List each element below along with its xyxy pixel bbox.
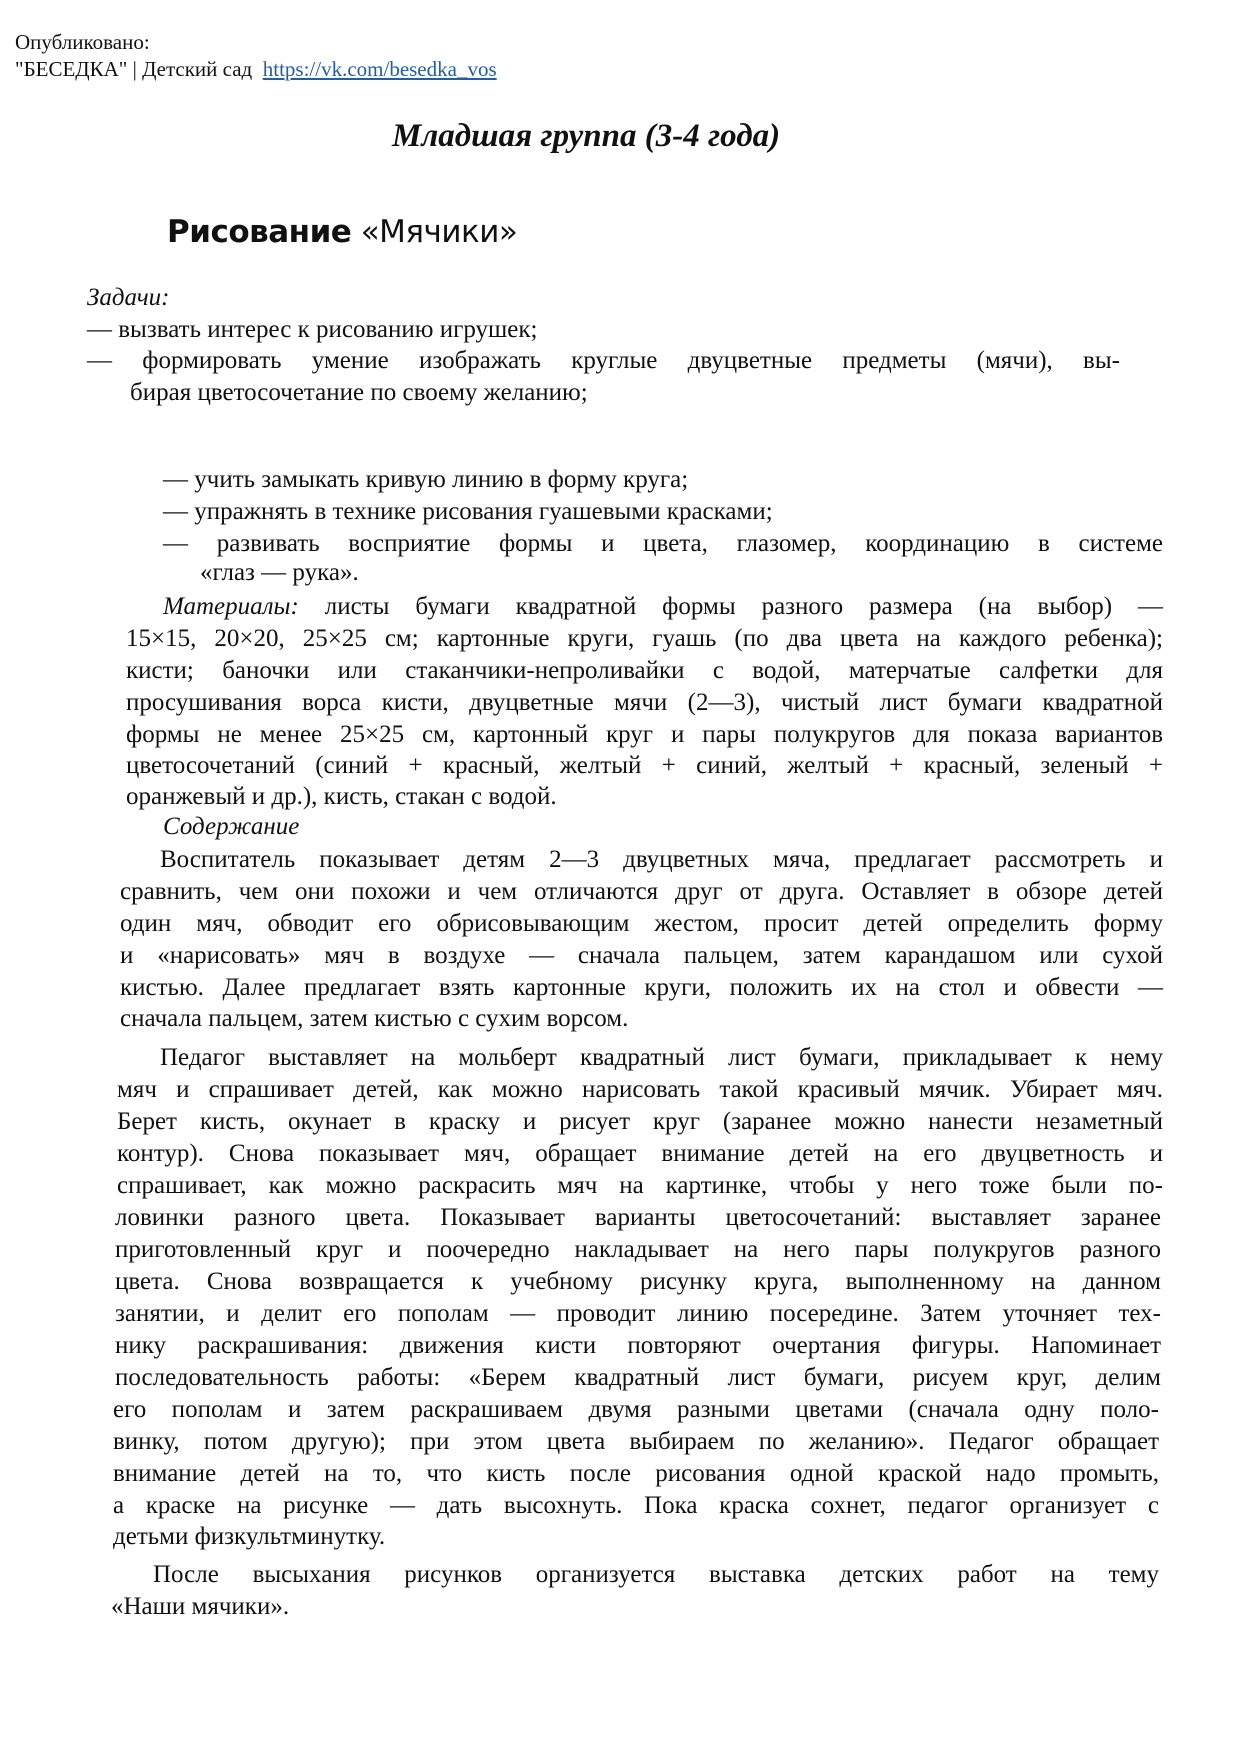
content-line: его пополам и затем раскрашиваем двумя р… — [113, 1395, 1159, 1425]
content-line: последовательность работы: «Берем квадра… — [115, 1363, 1161, 1393]
content-line: ловинки разного цвета. Показывает вариан… — [115, 1203, 1161, 1233]
content-line: «Наши мячики». — [111, 1592, 289, 1622]
content-line: спрашивает, как можно раскрасить мяч на … — [117, 1171, 1163, 1201]
materials-line: просушивания ворса кисти, двуцветные мяч… — [126, 688, 1163, 718]
content-line: детьми физкультминутку. — [113, 1522, 385, 1552]
task-line: — упражнять в технике рисования гуашевым… — [163, 497, 773, 527]
content-line: и «нарисовать» мяч в воздухе — сначала п… — [120, 941, 1163, 971]
content-line: цвета. Снова возвращается к учебному рис… — [115, 1267, 1161, 1297]
materials-label: Материалы: — [163, 593, 299, 620]
tasks-heading: Задачи: — [87, 283, 169, 313]
content-line: приготовленный круг и поочередно наклады… — [115, 1235, 1161, 1265]
content-line: винку, потом другую); при этом цвета выб… — [113, 1427, 1159, 1457]
content-line: занятии, и делит его пополам — проводит … — [115, 1299, 1161, 1329]
published-label: Опубликовано: — [15, 30, 150, 55]
content-line: а краске на рисунке — дать высохнуть. По… — [113, 1491, 1159, 1521]
content-line: мяч и спрашивает детей, как можно нарисо… — [117, 1075, 1163, 1105]
materials-line: оранжевый и др.), кисть, стакан с водой. — [126, 782, 557, 812]
materials-line: формы не менее 25×25 см, картонный круг … — [126, 720, 1163, 750]
content-line: нику раскрашивания: движения кисти повто… — [115, 1331, 1161, 1361]
task-line: бирая цветосочетание по своему желанию; — [130, 378, 588, 408]
content-line: сначала пальцем, затем кистью с сухим во… — [120, 1004, 628, 1034]
task-line: — формировать умение изображать круглые … — [87, 346, 1120, 376]
task-line: «глаз — рука». — [200, 558, 359, 588]
source-name: "БЕСЕДКА" | Детский сад — [15, 57, 252, 81]
content-line: кистью. Далее предлагает взять картонные… — [120, 973, 1163, 1003]
source-link[interactable]: https://vk.com/besedka_vos — [263, 57, 497, 81]
lesson-type: Рисование — [167, 214, 351, 250]
task-line: — вызвать интерес к рисованию игрушек; — [87, 315, 537, 345]
group-title: Младшая группа (3-4 года) — [392, 118, 780, 155]
materials-first-line: Материалы: листы бумаги квадратной формы… — [163, 592, 1163, 622]
content-line: контур). Снова показывает мяч, обращает … — [117, 1139, 1163, 1169]
materials-line: 15×15, 20×20, 25×25 см; картонные круги,… — [126, 624, 1163, 654]
content-line: один мяч, обводит его обрисовывающим жес… — [120, 909, 1163, 939]
content-line: После высыхания рисунков организуется вы… — [153, 1560, 1159, 1590]
materials-line: цветосочетаний (синий + красный, желтый … — [126, 751, 1163, 781]
content-line: Берет кисть, окунает в краску и рисует к… — [117, 1107, 1163, 1137]
materials-text: листы бумаги квадратной формы разного ра… — [299, 593, 1163, 620]
content-line: Воспитатель показывает детям 2—3 двуцвет… — [160, 845, 1163, 875]
task-line: — учить замыкать кривую линию в форму кр… — [163, 465, 688, 495]
lesson-name: «Мячики» — [361, 214, 518, 250]
content-line: Педагог выставляет на мольберт квадратны… — [160, 1043, 1163, 1073]
lesson-title: Рисование «Мячики» — [167, 214, 517, 250]
task-line: — развивать восприятие формы и цвета, гл… — [163, 529, 1163, 559]
content-heading: Содержание — [163, 812, 299, 842]
materials-line: кисти; баночки или стаканчики-непроливай… — [126, 656, 1163, 686]
content-line: сравнить, чем они похожи и чем отличаютс… — [120, 877, 1163, 907]
content-line: внимание детей на то, что кисть после ри… — [113, 1459, 1159, 1489]
source-line: "БЕСЕДКА" | Детский сад https://vk.com/b… — [15, 57, 497, 82]
